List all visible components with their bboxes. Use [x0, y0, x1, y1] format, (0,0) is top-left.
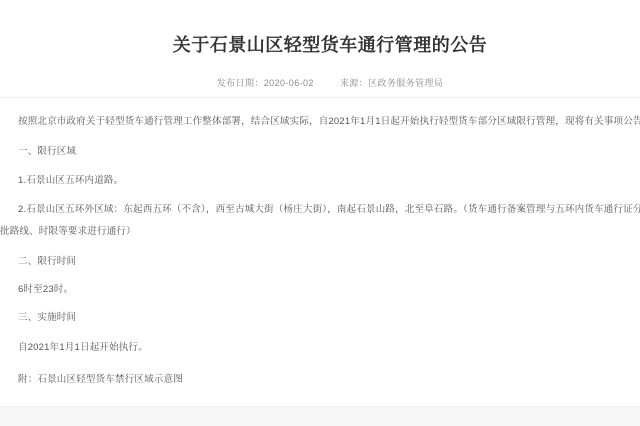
- attachment-note: 附：石景山区轻型货车禁行区域示意图: [0, 373, 640, 386]
- intro-paragraph: 按照北京市政府关于轻型货车通行管理工作整体部署，结合区域实际，自2021年1月1…: [0, 115, 640, 128]
- section-2-content: 6时至23时。: [0, 283, 640, 296]
- section-1-item-1: 1.石景山区五环内道路。: [0, 174, 640, 187]
- section-1-item-2-line-2: 批路线、时限等要求进行通行）: [0, 225, 640, 238]
- section-2-heading: 二、限行时间: [0, 255, 640, 268]
- announcement-page: 关于石景山区轻型货车通行管理的公告 发布日期：2020-06-02 来源：区政务…: [0, 0, 640, 426]
- announcement-body: 按照北京市政府关于轻型货车通行管理工作整体部署，结合区域实际，自2021年1月1…: [0, 0, 640, 426]
- section-1-heading: 一、限行区域: [0, 145, 640, 158]
- section-3-heading: 三、实施时间: [0, 311, 640, 324]
- section-1-item-2-line-1: 2.石景山区五环外区域：东起西五环（不含），西至古城大街（杨庄大街），南起石景山…: [0, 203, 640, 216]
- footer-band: [0, 406, 640, 426]
- section-3-content: 自2021年1月1日起开始执行。: [0, 341, 640, 354]
